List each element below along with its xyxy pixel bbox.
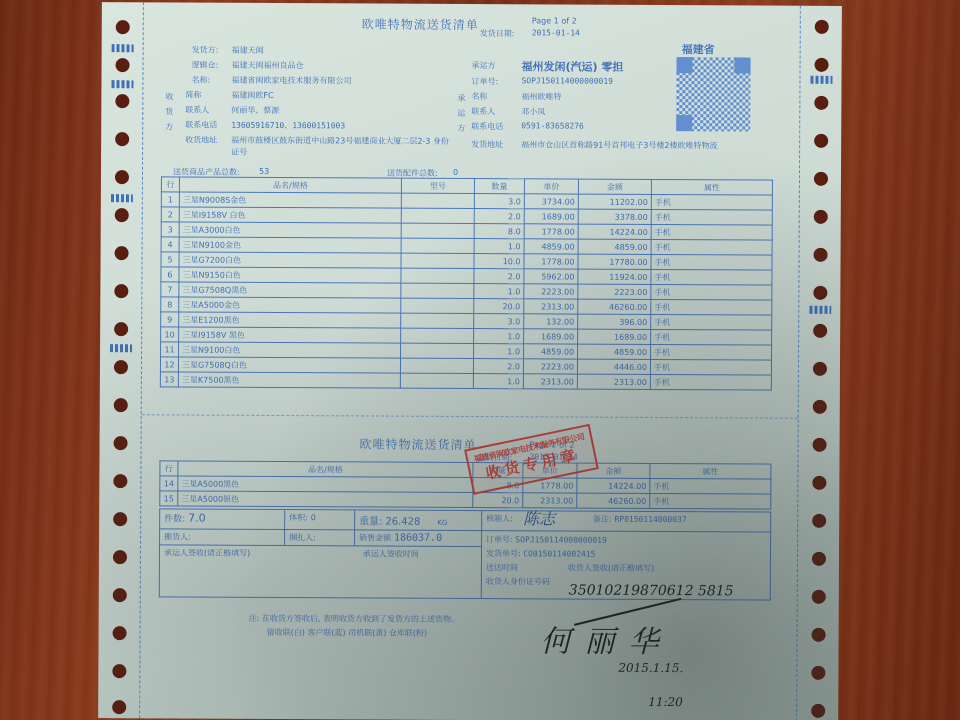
page2-order-no: SOPJ150114000000019 [515, 535, 607, 544]
feed-hole [812, 628, 826, 642]
pieces-value: 7.0 [188, 512, 206, 525]
receiver-short-name-label: 简称 [185, 90, 201, 101]
dispatcher-name-label: 名称 [471, 91, 487, 102]
page1-title: 欧唯特物流送货清单 [362, 15, 479, 33]
perforation-mark [110, 344, 132, 352]
handwritten-signature: 何丽华 [540, 616, 672, 661]
feed-hole [812, 476, 826, 490]
feed-hole [114, 398, 128, 412]
receiver-contact: 何丽华、蔡源 [231, 105, 279, 116]
receiver-contact-label: 联系人 [185, 105, 209, 116]
carrier-sign-cell: 承运人签收(请正楷填写) 承运人签收时间 [159, 545, 481, 599]
col-header: 数量 [474, 179, 524, 194]
shipper-person-cell: 搬货人: [160, 529, 285, 546]
sender-name-value: 福建省闽欧家电技术服务有限公司 [231, 75, 351, 87]
perforation-mark [810, 76, 832, 84]
handwritten-date: 2015.1.15. [618, 661, 683, 675]
remark-value: RP0150114000037 [614, 515, 686, 524]
feed-hole [813, 400, 827, 414]
dispatcher-side-label: 承运方 [457, 91, 467, 136]
feed-hole [811, 704, 825, 718]
col-header: 行 [160, 461, 178, 476]
page1-ship-date-label: 发货日期: [480, 28, 515, 39]
sales-amount: 186037.0 [394, 533, 442, 544]
sales-amount-cell: 销售金额 186037.0 [355, 530, 482, 547]
shipper-label: 发货方: [192, 45, 219, 56]
col-header: 行 [161, 177, 179, 192]
document-content: 欧唯特物流送货清单 Page 1 of 2 发货日期: 2015-01-14 发… [148, 2, 792, 720]
feed-hole [113, 588, 127, 602]
shipper-value: 福建天闽 [232, 45, 264, 56]
page2-title: 欧唯特物流送货清单 [360, 435, 477, 453]
feed-hole [112, 664, 126, 678]
weight-value: 26.428 [385, 517, 420, 528]
feed-hole [112, 700, 126, 714]
feed-hole [813, 324, 827, 338]
logistics-value: 福建天闽福州良品仓 [232, 60, 304, 71]
feed-hole [114, 322, 128, 336]
summary-parts-value: 0 [453, 168, 458, 177]
carrier-label: 承运方 [472, 60, 496, 71]
feed-hole [812, 590, 826, 604]
left-feed-strip [98, 2, 144, 718]
receiver-address-label: 收货地址 [185, 135, 217, 146]
perforation-mark [111, 194, 133, 202]
feed-hole [113, 512, 127, 526]
handwritten-time: 11:20 [648, 695, 683, 709]
logistics-label: 逻辑仓: [192, 60, 219, 71]
feed-hole [115, 208, 129, 222]
page1-items-table: 行 品名/规格 型号 数量 单价 金额 属性 1三星N9008S金色3.0373… [160, 176, 773, 390]
feed-hole [814, 134, 828, 148]
qr-region-title: 福建省 [682, 41, 715, 57]
note-line-2: 留收联(白) 客户联(蓝) 司机联(黄) 仓库联(粉) [267, 627, 428, 639]
perforation-mark [112, 44, 134, 52]
feed-hole [812, 552, 826, 566]
feed-hole [114, 360, 128, 374]
feed-hole [813, 438, 827, 452]
table-row: 13三星K7500黑色1.02313.002313.00手机 [160, 372, 771, 390]
page2-ship-no: CO0150114002415 [523, 549, 595, 558]
dispatcher-contact-label: 联系人 [471, 106, 495, 117]
feed-hole [113, 626, 127, 640]
feed-hole [814, 96, 828, 110]
page1-page-indicator: Page 1 of 2 [532, 16, 577, 25]
dispatcher-contact: 邓小凤 [521, 106, 545, 117]
feed-hole [814, 248, 828, 262]
feed-hole [814, 172, 828, 186]
receiver-address: 福州市鼓楼区鼓东街道中山路23号福建商业大厦二层2-3 身份证号 [231, 135, 451, 160]
right-feed-strip [796, 6, 842, 720]
table-row: 15三星A5000银色20.02313.0046260.00手机 [160, 491, 771, 509]
feed-hole [814, 210, 828, 224]
volume-value: 0 [311, 513, 316, 522]
pieces-cell: 件数: 7.0 [160, 509, 285, 530]
feed-hole [116, 20, 130, 34]
checker-signature: 陈志 [523, 506, 555, 529]
col-header: 属性 [651, 179, 772, 195]
feed-hole [115, 170, 129, 184]
summary-products-value: 53 [259, 167, 269, 176]
perforation-mark [111, 80, 133, 88]
feed-hole [116, 58, 130, 72]
col-header: 金额 [578, 179, 651, 194]
handwritten-id-number: 35010219870612 5815 [569, 583, 734, 600]
page2-items-table: 行 品名/规格 数量 单价 金额 属性 14三星A5000黑色8.01778.0… [159, 460, 771, 509]
dispatcher-name: 福州欧唯特 [521, 91, 561, 102]
dispatcher-phone-label: 联系电话 [471, 121, 503, 132]
feed-hole [811, 666, 825, 680]
receiver-short-name: 福建闽欧FC [231, 90, 273, 101]
feed-hole [113, 474, 127, 488]
col-header: 属性 [650, 463, 771, 479]
receiver-side-label: 收货方 [165, 89, 175, 134]
carrier-name: 福州发闲(汽运) 零担 [522, 58, 624, 75]
feed-hole [115, 94, 129, 108]
order-no: SOPJ150114000000019 [521, 76, 613, 85]
feed-hole [813, 286, 827, 300]
dispatcher-address: 福州市仓山区首称路91号首邦电子3号楼2楼欧唯特物流 [521, 139, 717, 151]
receiver-phone: 13605916710、13600151003 [231, 120, 345, 132]
feed-hole [115, 246, 129, 260]
col-header: 品名/规格 [178, 461, 473, 478]
feed-hole [114, 436, 128, 450]
feed-hole [812, 514, 826, 528]
feed-hole [815, 58, 829, 72]
order-no-label: 订单号: [471, 76, 498, 87]
page1-ship-date: 2015-01-14 [532, 28, 580, 37]
dispatcher-address-label: 发货地址 [471, 139, 503, 150]
delivery-note-paper: 欧唯特物流送货清单 Page 1 of 2 发货日期: 2015-01-14 发… [98, 2, 842, 720]
sender-name-label: 名称: [191, 75, 210, 86]
col-header: 型号 [401, 178, 474, 193]
feed-hole [115, 132, 129, 146]
col-header: 品名/规格 [179, 177, 401, 193]
weight-cell: 重量: 26.428 KG [355, 510, 482, 531]
feed-hole [113, 550, 127, 564]
packer-cell: 捆扎人: [285, 530, 355, 546]
volume-cell: 体积: 0 [285, 510, 355, 530]
feed-hole [114, 284, 128, 298]
dispatcher-phone: 0591-83658276 [521, 121, 584, 130]
feed-hole [815, 20, 829, 34]
qr-code [676, 57, 750, 131]
receiver-phone-label: 联系电话 [185, 120, 217, 131]
col-header: 单价 [524, 179, 578, 194]
note-line-1: 注: 在收货方签收后, 表明收货方收到了发货方的上述货物。 [249, 613, 459, 625]
feed-hole [813, 362, 827, 376]
perforation-mark [809, 306, 831, 314]
